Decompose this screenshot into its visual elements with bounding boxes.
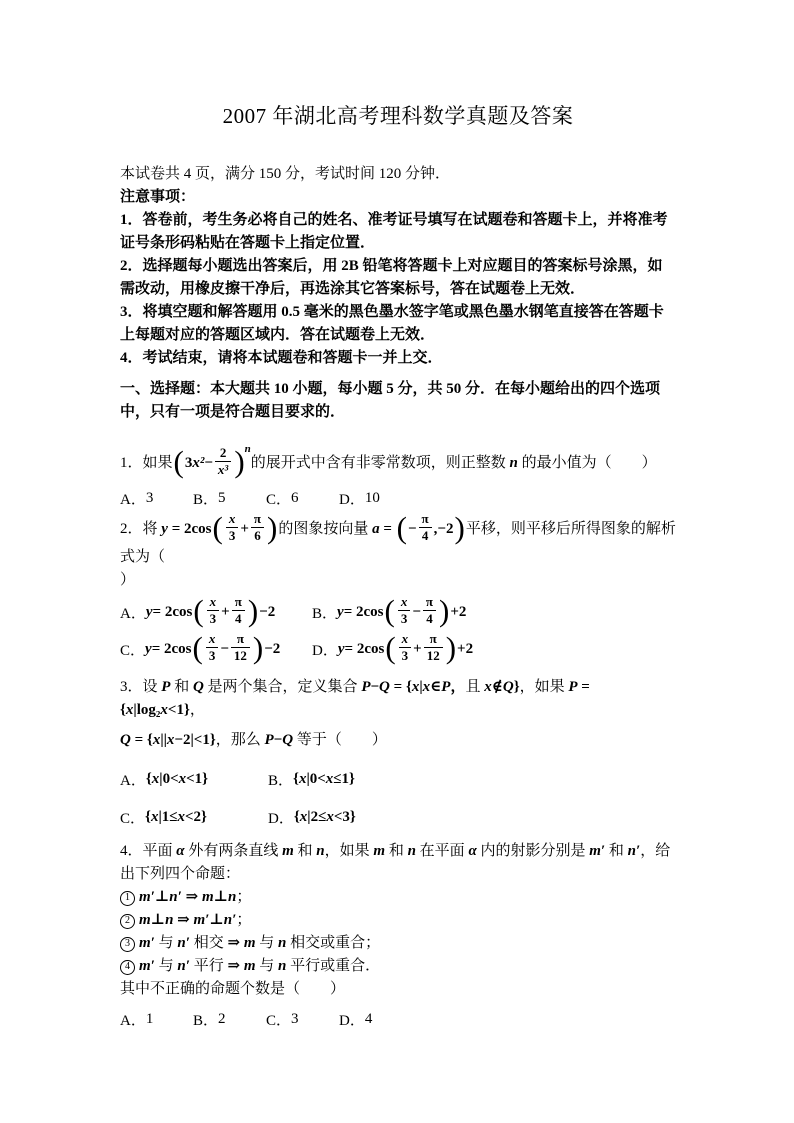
option-label: A． [120, 1009, 146, 1030]
math-symbol: = [380, 521, 396, 537]
math-var: n [278, 935, 286, 951]
math-var: n [408, 843, 416, 859]
question-4-text-3: 2m⊥n ⇒ m′⊥n′； [120, 909, 676, 932]
fraction-numerator: π [232, 594, 245, 610]
math-var: m [282, 843, 294, 859]
math-superscript: n [245, 443, 251, 455]
math-var: m [244, 958, 256, 974]
math-symbol: ∉ [492, 679, 503, 695]
fraction-denominator: 3 [398, 610, 411, 627]
question-2-option-A: A．y = 2cos(x3+π4)−2 [120, 596, 312, 629]
math-var: x [177, 809, 185, 826]
math-symbol: ， [450, 679, 465, 695]
option-label: C． [120, 807, 145, 828]
math-symbol: ⇒ [182, 889, 202, 905]
math-symbol: ⇒ [227, 935, 240, 951]
question-1-option-D: D．10 [339, 488, 412, 509]
math-symbol: <3} [334, 809, 356, 826]
math-symbol: |2≤ [307, 809, 326, 826]
math-var: y [338, 641, 345, 658]
math-var: x³ [218, 462, 228, 477]
math-var: x [229, 511, 236, 526]
math-var: x [300, 809, 308, 826]
math-fraction: π4 [423, 594, 436, 627]
math-var: P [265, 732, 274, 748]
math-symbol: ⊥ [151, 912, 165, 928]
fraction-numerator: π [424, 631, 443, 647]
question-3-options-row-2: C．{x|1≤x<2}D．{x|2≤x<3} [120, 807, 676, 828]
math-var: x [326, 809, 334, 826]
question-1-text-1: 1．如果(3x²−2x³)n的展开式中含有非零常数项，则正整数 n 的最小值为（… [120, 438, 676, 480]
option-label: D． [339, 1009, 365, 1030]
question-2-options-row-1: A．y = 2cos(x3+π4)−2B．y = 2cos(x3−π4)+2 [120, 596, 676, 629]
math-var: n [278, 958, 286, 974]
math-fraction: x3 [226, 511, 239, 544]
notice-item-3: 3．将填空题和解答题用 0.5 毫米的黑色墨水签字笔或黑色墨水钢笔直接答在答题卡… [120, 301, 676, 347]
math-symbol: − [412, 604, 421, 621]
section-heading: 一、选择题：本大题共 10 小题，每小题 5 分，共 50 分．在每小题给出的四… [120, 378, 676, 424]
fraction-denominator: 12 [424, 647, 443, 664]
math-var: m [244, 935, 256, 951]
math-var: x [402, 631, 409, 646]
question-3-option-B: B．{x|0<x≤1} [268, 769, 416, 790]
question-1-option-C: C．6 [266, 488, 339, 509]
math-symbol: = 2cos [168, 521, 212, 537]
question-1-options-row-1: A．3B．5C．6D．10 [120, 488, 676, 509]
math-symbol: = { [120, 679, 590, 718]
math-var: Q [379, 679, 390, 695]
math-symbol: } [514, 679, 520, 695]
fraction-denominator: 3 [226, 527, 239, 544]
math-var: Q [193, 679, 204, 695]
option-label: A． [120, 769, 146, 790]
math-fraction: π12 [231, 631, 250, 664]
math-var: m′ [139, 889, 155, 905]
math-fraction: 2x³ [215, 445, 231, 478]
notice-item-2: 2．选择题每小题选出答案后，用 2B 铅笔将答题卡上对应题目的答案标号涂黑，如需… [120, 255, 676, 301]
math-symbol: = 2cos [345, 641, 385, 658]
math-var: α [176, 843, 184, 859]
math-symbol: − [274, 732, 283, 748]
question-4-option-D: D．4 [339, 1009, 412, 1030]
notice-heading: 注意事项： [120, 186, 676, 209]
math-symbol: = 2cos [153, 604, 193, 621]
math-symbol: −2 [259, 604, 275, 621]
fraction-numerator: π [423, 594, 436, 610]
question-4-option-C: C．3 [266, 1009, 339, 1030]
math-var: x [209, 631, 216, 646]
math-var: a [372, 521, 380, 537]
math-symbol: ⊥ [209, 912, 223, 928]
option-label: A． [120, 488, 146, 509]
math-var: n′ [628, 843, 641, 859]
question-4-option-B: B．2 [193, 1009, 266, 1030]
question-4-text-2: 1m′⊥n′ ⇒ m⊥n； [120, 886, 676, 909]
option-label: B． [193, 488, 218, 509]
page-title: 2007 年湖北高考理科数学真题及答案 [120, 100, 676, 130]
math-fraction: π4 [232, 594, 245, 627]
question-1-option-B: B．5 [193, 488, 266, 509]
question-3-option-A: A．{x|0<x<1} [120, 769, 268, 790]
math-symbol: + [221, 604, 230, 621]
option-label: D． [312, 639, 338, 660]
math-fraction: x3 [398, 594, 411, 627]
option-label: B． [312, 602, 337, 623]
fraction-numerator: π [231, 631, 250, 647]
question-2: 2．将 y = 2cos(x3+π6)的图象按向量 a = (−π4,−2)平移… [120, 513, 676, 666]
math-symbol: ⊥ [155, 889, 169, 905]
math-var: m′ [139, 958, 155, 974]
math-symbol: = { [390, 679, 412, 695]
math-var: α [468, 843, 476, 859]
question-1-option-A: A．3 [120, 488, 193, 509]
option-label: A． [120, 602, 146, 623]
math-fraction: π6 [251, 511, 264, 544]
fraction-numerator: x [207, 594, 220, 610]
fraction-numerator: π [419, 511, 432, 527]
math-var: x [484, 679, 492, 695]
math-var: m′ [139, 935, 155, 951]
question-4-options-row-1: A．1B．2C．3D．4 [120, 1009, 676, 1030]
math-var: x² [192, 455, 204, 471]
circled-number-icon: 2 [120, 914, 135, 929]
math-symbol: ≤1} [333, 771, 355, 788]
math-var: x [179, 771, 187, 788]
math-fraction: π4 [419, 511, 432, 544]
math-var: P [161, 679, 170, 695]
math-var: x [326, 771, 334, 788]
math-var: n [510, 455, 518, 471]
math-symbol: − [408, 521, 417, 537]
math-symbol: || [160, 732, 167, 748]
fraction-numerator: x [206, 631, 219, 647]
exam-info: 本试卷共 4 页，满分 150 分，考试时间 120 分钟． [120, 163, 676, 186]
math-var: n [228, 889, 236, 905]
math-fraction: x3 [206, 631, 219, 664]
math-symbol: <1} [168, 702, 190, 718]
math-symbol: |1≤ [158, 809, 177, 826]
question-2-option-C: C．y = 2cos(x3−π12)−2 [120, 633, 312, 666]
math-var: n′ [169, 889, 182, 905]
math-var: m′ [589, 843, 605, 859]
fraction-denominator: x³ [215, 461, 231, 478]
math-symbol: |0< [159, 771, 178, 788]
math-var: x [152, 771, 160, 788]
option-label: B． [268, 769, 293, 790]
question-3: 3．设 P 和 Q 是两个集合，定义集合 P−Q = {x|x∈P，且 x∉Q}… [120, 676, 676, 828]
math-var: x [160, 702, 168, 718]
math-symbol: |0< [306, 771, 325, 788]
question-1: 1．如果(3x²−2x³)n的展开式中含有非零常数项，则正整数 n 的最小值为（… [120, 438, 676, 509]
fraction-denominator: 6 [251, 527, 264, 544]
option-label: D． [268, 807, 294, 828]
math-symbol: = 2cos [344, 604, 384, 621]
question-3-option-D: D．{x|2≤x<3} [268, 807, 416, 828]
fraction-denominator: 3 [206, 647, 219, 664]
math-var: m [202, 889, 214, 905]
circled-number-icon: 1 [120, 891, 135, 906]
math-symbol: = { [131, 732, 153, 748]
math-symbol: <1} [186, 771, 208, 788]
math-symbol: ⇒ [227, 958, 240, 974]
math-symbol: − [370, 679, 379, 695]
math-fraction: x3 [207, 594, 220, 627]
math-symbol: ,−2 [434, 521, 454, 537]
question-3-option-C: C．{x|1≤x<2} [120, 807, 268, 828]
math-var: Q [282, 732, 293, 748]
fraction-numerator: x [226, 511, 239, 527]
math-symbol: + [240, 521, 249, 537]
fraction-numerator: x [399, 631, 412, 647]
math-var: Q [120, 732, 131, 748]
question-2-option-D: D．y = 2cos(x3+π12)+2 [312, 633, 504, 666]
question-2-text-1: 2．将 y = 2cos(x3+π6)的图象按向量 a = (−π4,−2)平移… [120, 513, 676, 569]
math-symbol: +2 [457, 641, 473, 658]
question-3-options-row-1: A．{x|0<x<1}B．{x|0<x≤1} [120, 769, 676, 790]
fraction-denominator: 4 [419, 527, 432, 544]
math-symbol: |log₂ [133, 702, 160, 718]
math-fraction: π12 [424, 631, 443, 664]
circled-number-icon: 3 [120, 937, 135, 952]
question-4-option-A: A．1 [120, 1009, 193, 1030]
notice-item-1: 1．答卷前，考生务必将自己的姓名、准考证号填写在试题卷和答题卡上，并将准考证号条… [120, 209, 676, 255]
math-var: y [161, 521, 168, 537]
fraction-denominator: 3 [399, 647, 412, 664]
question-4-text-4: 3m′ 与 n′ 相交 ⇒ m 与 n 相交或重合； [120, 932, 676, 955]
math-symbol: −2|<1} [174, 732, 215, 748]
notice-item-4: 4．考试结束，请将本试题卷和答题卡一并上交． [120, 347, 676, 370]
math-symbol: + [413, 641, 422, 658]
math-symbol: − [204, 455, 213, 471]
question-3-text-1: 3．设 P 和 Q 是两个集合，定义集合 P−Q = {x|x∈P，且 x∉Q}… [120, 676, 676, 722]
fraction-denominator: 3 [207, 610, 220, 627]
math-symbol: +2 [450, 604, 466, 621]
math-var: n [316, 843, 324, 859]
math-symbol: = 2cos [152, 641, 192, 658]
question-4-text-1: 4．平面 α 外有两条直线 m 和 n，如果 m 和 n 在平面 α 内的射影分… [120, 840, 676, 886]
math-var: n′ [177, 958, 190, 974]
fraction-numerator: π [251, 511, 264, 527]
math-var: m [373, 843, 385, 859]
math-symbol: ⇒ [173, 912, 193, 928]
questions-list: 1．如果(3x²−2x³)n的展开式中含有非零常数项，则正整数 n 的最小值为（… [120, 438, 676, 1030]
option-label: D． [339, 488, 365, 509]
math-var: x [210, 594, 217, 609]
option-label: C． [120, 639, 145, 660]
question-3-text-2: Q = {x||x−2|<1}，那么 P−Q 等于（ ） [120, 729, 676, 752]
question-4-text-6: 其中不正确的命题个数是（ ） [120, 978, 676, 1001]
math-var: P [568, 679, 577, 695]
fraction-denominator: 4 [423, 610, 436, 627]
math-var: y [145, 641, 152, 658]
question-4: 4．平面 α 外有两条直线 m 和 n，如果 m 和 n 在平面 α 内的射影分… [120, 840, 676, 1030]
math-var: Q [503, 679, 514, 695]
math-var: m [139, 912, 151, 928]
math-var: x [151, 809, 159, 826]
math-var: y [337, 604, 344, 621]
fraction-numerator: x [398, 594, 411, 610]
circled-number-icon: 4 [120, 960, 135, 975]
question-2-option-B: B．y = 2cos(x3−π4)+2 [312, 596, 504, 629]
math-var: x [299, 771, 307, 788]
fraction-denominator: 12 [231, 647, 250, 664]
math-var: x [401, 594, 408, 609]
math-var: n′ [177, 935, 190, 951]
fraction-denominator: 4 [232, 610, 245, 627]
math-var: y [146, 604, 153, 621]
math-symbol: ⊥ [214, 889, 228, 905]
math-symbol: − [220, 641, 229, 658]
question-2-options-row-2: C．y = 2cos(x3−π12)−2D．y = 2cos(x3+π12)+2 [120, 633, 676, 666]
math-var: m′ [194, 912, 210, 928]
option-label: B． [193, 1009, 218, 1030]
math-fraction: x3 [399, 631, 412, 664]
math-symbol: −2 [264, 641, 280, 658]
question-2-text-2: ） [120, 569, 676, 592]
fraction-numerator: 2 [215, 445, 231, 461]
math-var: n′ [224, 912, 237, 928]
option-label: C． [266, 488, 291, 509]
option-label: C． [266, 1009, 291, 1030]
exam-page: 2007 年湖北高考理科数学真题及答案 本试卷共 4 页，满分 150 分，考试… [0, 0, 794, 1123]
notice-list: 1．答卷前，考生务必将自己的姓名、准考证号填写在试题卷和答题卡上，并将准考证号条… [120, 209, 676, 370]
question-4-text-5: 4m′ 与 n′ 平行 ⇒ m 与 n 平行或重合． [120, 955, 676, 978]
math-symbol: ∈ [430, 679, 441, 695]
math-symbol: <2} [185, 809, 207, 826]
